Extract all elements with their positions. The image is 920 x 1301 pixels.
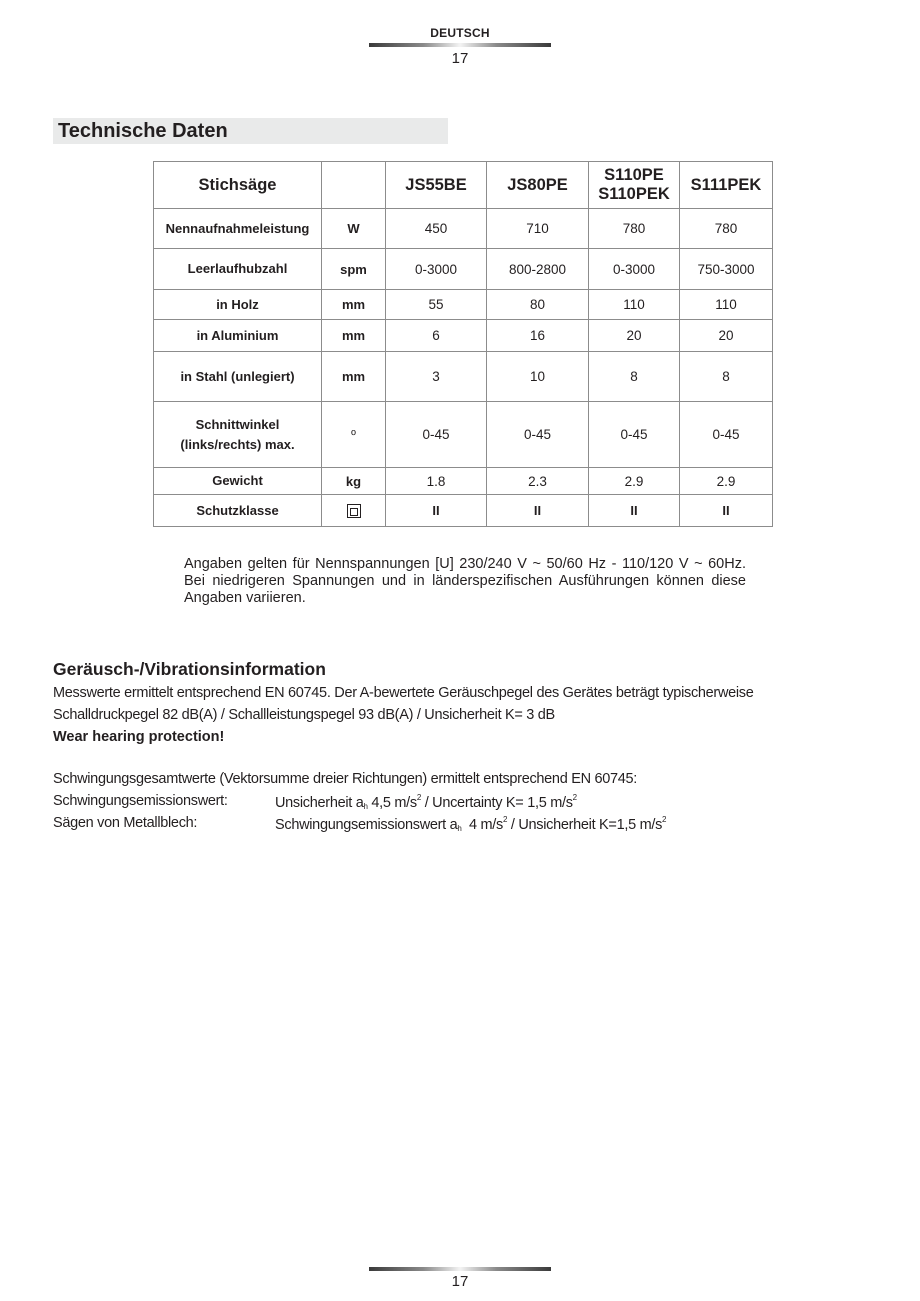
- value-text: 4 m/s: [462, 817, 503, 833]
- cell: 1.8: [386, 468, 487, 495]
- table-row: Schnittwinkel (links/rechts) max. º 0-45…: [154, 402, 773, 468]
- cell: 20: [589, 320, 680, 352]
- value-text: Unsicherheit a: [275, 795, 364, 811]
- row-label: in Holz: [154, 290, 322, 320]
- row-label: Schutzklasse: [154, 495, 322, 527]
- row-label: Schnittwinkel (links/rechts) max.: [154, 402, 322, 468]
- row-label: in Aluminium: [154, 320, 322, 352]
- header-model: JS80PE: [487, 162, 589, 209]
- header-model-line: S110PEK: [593, 185, 675, 204]
- value-text: 4,5 m/s: [368, 795, 417, 811]
- cell: 750-3000: [680, 249, 773, 290]
- cell: 110: [680, 290, 773, 320]
- header-model: JS55BE: [386, 162, 487, 209]
- cell: 6: [386, 320, 487, 352]
- cell: 110: [589, 290, 680, 320]
- row-unit: W: [322, 209, 386, 249]
- row-label-line: Schnittwinkel: [158, 415, 317, 435]
- vibration-value: Schwingungsemissionswert ah 4 m/s2 / Uns…: [275, 815, 666, 833]
- cell: 3: [386, 352, 487, 402]
- header-model-line: S110PE: [593, 166, 675, 185]
- cell: 80: [487, 290, 589, 320]
- cell: 8: [680, 352, 773, 402]
- noise-line-2: Schalldruckpegel 82 dB(A) / Schallleistu…: [53, 707, 555, 723]
- cell: II: [589, 495, 680, 527]
- table-header-row: Stichsäge JS55BE JS80PE S110PE S110PEK S…: [154, 162, 773, 209]
- table-row: in Holz mm 55 80 110 110: [154, 290, 773, 320]
- cell: 450: [386, 209, 487, 249]
- row-unit: kg: [322, 468, 386, 495]
- table-row: Gewicht kg 1.8 2.3 2.9 2.9: [154, 468, 773, 495]
- hearing-warning: Wear hearing protection!: [53, 729, 224, 745]
- noise-line-1: Messwerte ermittelt entsprechend EN 6074…: [53, 685, 754, 701]
- row-unit: mm: [322, 290, 386, 320]
- section-title: Technische Daten: [53, 118, 448, 144]
- cell: II: [386, 495, 487, 527]
- cell: 780: [589, 209, 680, 249]
- cell: 0-3000: [589, 249, 680, 290]
- value-sup: 2: [573, 793, 577, 802]
- cell: 16: [487, 320, 589, 352]
- table-row: Leerlaufhubzahl spm 0-3000 800-2800 0-30…: [154, 249, 773, 290]
- row-unit: º: [322, 402, 386, 468]
- vibration-intro: Schwingungsgesamtwerte (Vektorsumme drei…: [53, 771, 637, 787]
- double-insulation-icon: [347, 504, 361, 518]
- row-unit: mm: [322, 320, 386, 352]
- header-model: S110PE S110PEK: [589, 162, 680, 209]
- row-label: Leerlaufhubzahl: [154, 249, 322, 290]
- spec-table: Stichsäge JS55BE JS80PE S110PE S110PEK S…: [153, 161, 773, 527]
- value-text: / Unsicherheit K=1,5 m/s: [507, 817, 662, 833]
- table-row: in Aluminium mm 6 16 20 20: [154, 320, 773, 352]
- cell: 800-2800: [487, 249, 589, 290]
- value-text: Schwingungsemissionswert a: [275, 817, 457, 833]
- cell: 2.9: [680, 468, 773, 495]
- table-row: in Stahl (unlegiert) mm 3 10 8 8: [154, 352, 773, 402]
- header-page-number: 17: [0, 50, 920, 67]
- cell: 0-3000: [386, 249, 487, 290]
- cell: 0-45: [386, 402, 487, 468]
- row-unit: [322, 495, 386, 527]
- table-row: Schutzklasse II II II II: [154, 495, 773, 527]
- row-label-line: (links/rechts) max.: [158, 435, 317, 455]
- cell: 0-45: [487, 402, 589, 468]
- cell: 20: [680, 320, 773, 352]
- row-label: Nennaufnahmeleistung: [154, 209, 322, 249]
- table-row: Nennaufnahmeleistung W 450 710 780 780: [154, 209, 773, 249]
- header-divider: [369, 43, 551, 47]
- row-label: in Stahl (unlegiert): [154, 352, 322, 402]
- header-language: DEUTSCH: [0, 26, 920, 40]
- vibration-label: Schwingungsemissionswert:: [53, 793, 228, 809]
- footer-divider: [369, 1267, 551, 1271]
- header-model: S111PEK: [680, 162, 773, 209]
- cell: 2.9: [589, 468, 680, 495]
- header-label: Stichsäge: [154, 162, 322, 209]
- row-label: Gewicht: [154, 468, 322, 495]
- vibration-value: Unsicherheit ah 4,5 m/s2 / Uncertainty K…: [275, 793, 577, 811]
- footer-page-number: 17: [0, 1273, 920, 1290]
- value-sup: 2: [662, 815, 666, 824]
- header-unit: [322, 162, 386, 209]
- noise-section-title: Geräusch-/Vibrationsinformation: [53, 659, 326, 680]
- cell: 710: [487, 209, 589, 249]
- cell: 0-45: [680, 402, 773, 468]
- row-unit: spm: [322, 249, 386, 290]
- vibration-label: Sägen von Metallblech:: [53, 815, 197, 831]
- cell: 0-45: [589, 402, 680, 468]
- cell: 780: [680, 209, 773, 249]
- cell: 10: [487, 352, 589, 402]
- cell: II: [487, 495, 589, 527]
- cell: 55: [386, 290, 487, 320]
- voltage-note: Angaben gelten für Nennspannungen [U] 23…: [184, 556, 746, 607]
- value-text: / Uncertainty K= 1,5 m/s: [421, 795, 573, 811]
- row-unit: mm: [322, 352, 386, 402]
- cell: 8: [589, 352, 680, 402]
- cell: 2.3: [487, 468, 589, 495]
- cell: II: [680, 495, 773, 527]
